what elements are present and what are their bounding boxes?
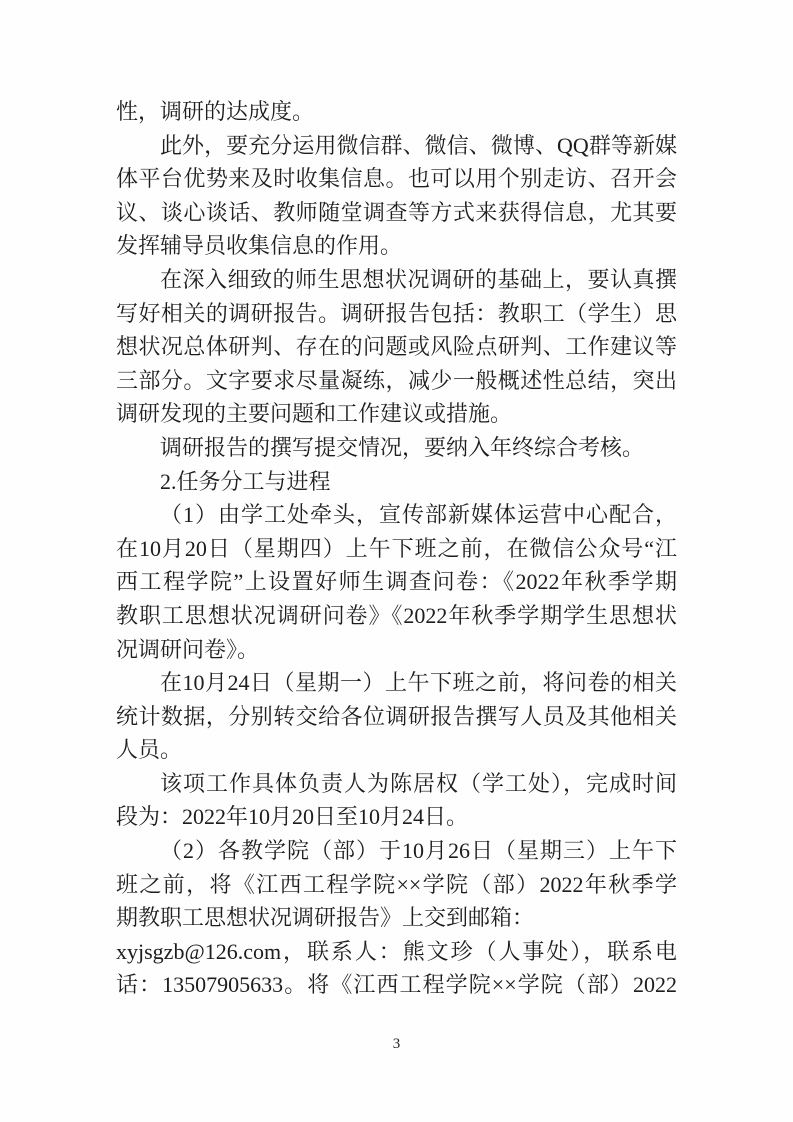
text-line: 该项工作具体负责人为陈居权（学工处），完成时间 xyxy=(116,767,677,801)
text-line: 话：13507905633。将《江西工程学院××学院（部）2022 xyxy=(116,968,677,1002)
text-line: 写好相关的调研报告。调研报告包括：教职工（学生）思 xyxy=(116,297,677,331)
text-line: 性，调研的达成度。 xyxy=(116,95,677,129)
text-line: xyjsgzb@126.com，联系人：熊文珍（人事处），联系电 xyxy=(116,935,677,969)
text-line: 此外，要充分运用微信群、微信、微博、QQ群等新媒 xyxy=(116,129,677,163)
text-line: 议、谈心谈话、教师随堂调查等方式来获得信息，尤其要 xyxy=(116,196,677,230)
text-line: 想状况总体研判、存在的问题或风险点研判、工作建议等 xyxy=(116,330,677,364)
text-line: 在10月24日（星期一）上午下班之前，将问卷的相关 xyxy=(116,666,677,700)
text-line: 三部分。文字要求尽量凝练，减少一般概述性总结，突出 xyxy=(116,364,677,398)
text-block: 性，调研的达成度。此外，要充分运用微信群、微信、微博、QQ群等新媒体平台优势来及… xyxy=(116,95,677,1002)
text-line: （1）由学工处牵头，宣传部新媒体运营中心配合， xyxy=(116,498,677,532)
text-line: 人员。 xyxy=(116,733,677,767)
text-line: 段为：2022年10月20日至10月24日。 xyxy=(116,800,677,834)
text-line: 在深入细致的师生思想状况调研的基础上，要认真撰 xyxy=(116,263,677,297)
text-line: 调研发现的主要问题和工作建议或措施。 xyxy=(116,397,677,431)
text-line: 统计数据，分别转交给各位调研报告撰写人员及其他相关 xyxy=(116,700,677,734)
text-line: （2）各教学院（部）于10月26日（星期三）上午下 xyxy=(116,834,677,868)
text-line: 2.任务分工与进程 xyxy=(116,465,677,499)
text-line: 班之前，将《江西工程学院××学院（部）2022年秋季学 xyxy=(116,868,677,902)
document-page: 性，调研的达成度。此外，要充分运用微信群、微信、微博、QQ群等新媒体平台优势来及… xyxy=(0,0,793,1122)
page-number: 3 xyxy=(393,1036,401,1052)
page-footer: 3 xyxy=(0,1036,793,1053)
text-line: 体平台优势来及时收集信息。也可以用个别走访、召开会 xyxy=(116,162,677,196)
text-line: 况调研问卷》。 xyxy=(116,633,677,667)
text-line: 西工程学院”上设置好师生调查问卷：《2022年秋季学期 xyxy=(116,565,677,599)
text-line: 期教职工思想状况调研报告》上交到邮箱： xyxy=(116,901,677,935)
text-line: 教职工思想状况调研问卷》《2022年秋季学期学生思想状 xyxy=(116,599,677,633)
text-line: 在10月20日（星期四）上午下班之前，在微信公众号“江 xyxy=(116,532,677,566)
text-line: 发挥辅导员收集信息的作用。 xyxy=(116,229,677,263)
text-line: 调研报告的撰写提交情况，要纳入年终综合考核。 xyxy=(116,431,677,465)
